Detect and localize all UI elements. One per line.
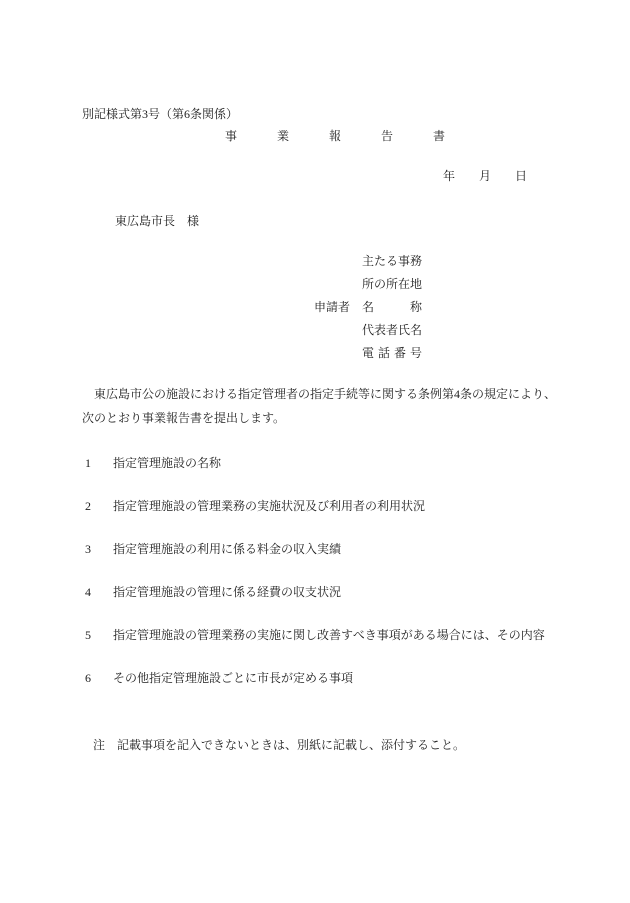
item-number: 2 xyxy=(85,499,113,513)
item-number: 3 xyxy=(85,542,113,556)
applicant-office-address-line2: 所の所在地 xyxy=(362,277,422,291)
list-item-3: 3 指定管理施設の利用に係る料金の収入実績 xyxy=(85,542,341,556)
list-item-1: 1 指定管理施設の名称 xyxy=(85,456,221,470)
form-number: 別記様式第3号（第6条関係） xyxy=(82,107,238,121)
item-number: 4 xyxy=(85,585,113,599)
note-label: 注 xyxy=(93,738,105,752)
applicant-phone-label: 電話番号 xyxy=(362,346,422,360)
addressee-line: 東広島市長 様 xyxy=(115,214,199,228)
item-text: 指定管理施設の利用に係る料金の収入実績 xyxy=(113,542,341,556)
item-number: 6 xyxy=(85,671,113,685)
applicant-representative-label: 代表者氏名 xyxy=(362,323,422,337)
applicant-name-label: 名称 xyxy=(362,300,422,314)
list-item-2: 2 指定管理施設の管理業務の実施状況及び利用者の利用状況 xyxy=(85,499,425,513)
item-text: 指定管理施設の名称 xyxy=(113,456,221,470)
list-item-6: 6 その他指定管理施設ごとに市長が定める事項 xyxy=(85,671,353,685)
list-item-5: 5 指定管理施設の管理業務の実施に関し改善すべき事項がある場合には、その内容 xyxy=(85,628,545,642)
item-number: 5 xyxy=(85,628,113,642)
applicant-office-address-line1: 主たる事務 xyxy=(362,254,422,268)
document-page: 別記様式第3号（第6条関係） 事 業 報 告 書 年 月 日 東広島市長 様 申… xyxy=(0,0,630,903)
item-number: 1 xyxy=(85,456,113,470)
date-line: 年 月 日 xyxy=(443,169,533,183)
note-line: 注 記載事項を記入できないときは、別紙に記載し、添付すること。 xyxy=(93,738,465,752)
item-text: 指定管理施設の管理業務の実施状況及び利用者の利用状況 xyxy=(113,499,425,513)
body-paragraph-line2: 次のとおり事業報告書を提出します。 xyxy=(82,411,285,425)
body-paragraph-line1: 東広島市公の施設における指定管理者の指定手続等に関する条例第4条の規定により、 xyxy=(82,387,556,401)
page-title: 事 業 報 告 書 xyxy=(225,129,459,143)
list-item-4: 4 指定管理施設の管理に係る経費の収支状況 xyxy=(85,585,341,599)
item-text: 指定管理施設の管理業務の実施に関し改善すべき事項がある場合には、その内容 xyxy=(113,628,545,642)
note-text: 記載事項を記入できないときは、別紙に記載し、添付すること。 xyxy=(117,738,465,752)
applicant-label: 申請者 xyxy=(314,300,350,314)
item-text: その他指定管理施設ごとに市長が定める事項 xyxy=(113,671,353,685)
item-text: 指定管理施設の管理に係る経費の収支状況 xyxy=(113,585,341,599)
